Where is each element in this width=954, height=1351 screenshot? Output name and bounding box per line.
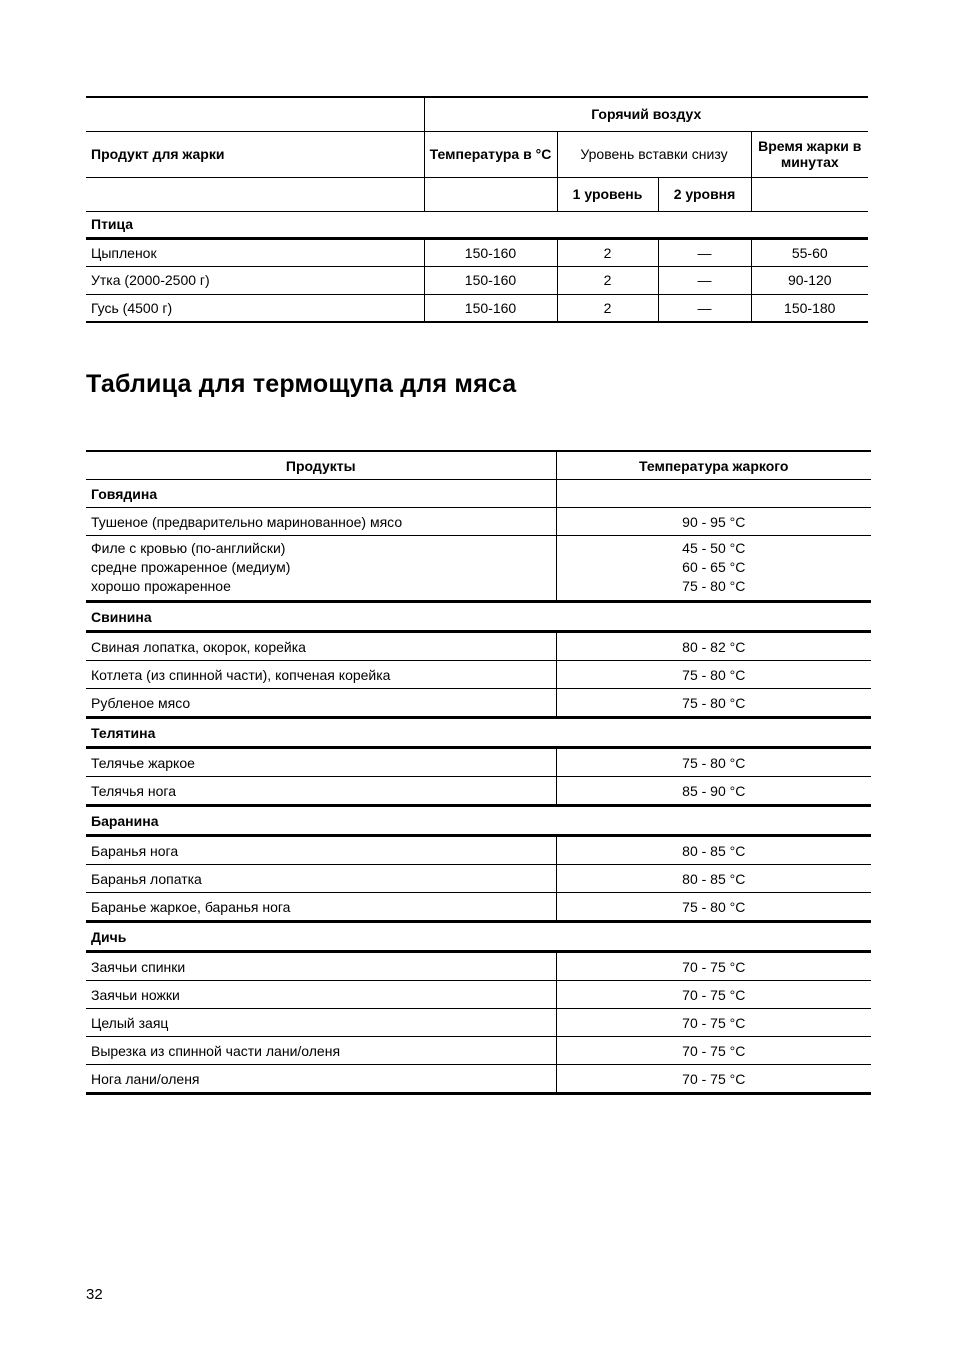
cell-product: Телячья нога [86,777,556,806]
table-row: Цыпленок150-1602—55-60 [86,238,868,266]
cell-product: Заячьи спинки [86,952,556,981]
table-row: Заячьи ножки70 - 75 °C [86,981,871,1009]
cell-product: Баранье жаркое, баранья нога [86,893,556,922]
cell-temp: 70 - 75 °C [556,981,871,1009]
table-row: Вырезка из спинной части лани/оленя70 - … [86,1037,871,1065]
probe-table: Продукты Температура жаркого ГовядинаТуш… [86,450,871,1095]
page-heading: Таблица для термощупа для мяса [86,370,516,399]
table-row: Баранья нога80 - 85 °C [86,836,871,865]
header-hot-air: Горячий воздух [424,97,868,131]
cell-temp: 85 - 90 °C [556,777,871,806]
table-row: Заячьи спинки70 - 75 °C [86,952,871,981]
temp-line: 45 - 50 °C [562,539,867,558]
group-row: Телятина [86,718,871,748]
cell-l1: 2 [557,238,658,266]
cell-temp: 75 - 80 °C [556,748,871,777]
table-row: Телячья нога85 - 90 °C [86,777,871,806]
table-row: Котлета (из спинной части), копченая кор… [86,661,871,689]
cell-product: Филе с кровью (по-английски)средне прожа… [86,536,556,602]
table-row: Утка (2000-2500 г)150-1602—90-120 [86,266,868,294]
cell-product: Баранья нога [86,836,556,865]
cell-temp: 90 - 95 °C [556,508,871,536]
cell-temp: 75 - 80 °C [556,661,871,689]
cell-product: Баранья лопатка [86,865,556,893]
cell-temp: 150-160 [424,266,557,294]
product-line: хорошо прожаренное [91,577,551,596]
table-row: Филе с кровью (по-английски)средне прожа… [86,536,871,602]
cell-temp: 150-160 [424,294,557,322]
cell-temp: 70 - 75 °C [556,1037,871,1065]
cell-time: 90-120 [751,266,868,294]
cell-l1: 2 [557,266,658,294]
cell-temp: 80 - 85 °C [556,865,871,893]
cell-product: Вырезка из спинной части лани/оленя [86,1037,556,1065]
cell-product: Свиная лопатка, окорок, корейка [86,632,556,661]
cell-l2: — [658,294,751,322]
group-row: Баранина [86,806,871,836]
group-name: Дичь [86,922,871,952]
group-row: Говядина [86,480,871,508]
table-row: Свиная лопатка, окорок, корейка80 - 82 °… [86,632,871,661]
cell-time: 150-180 [751,294,868,322]
cell-l2: — [658,238,751,266]
cell-product: Гусь (4500 г) [86,294,424,322]
group-name: Говядина [86,480,556,508]
cell-temp: 80 - 85 °C [556,836,871,865]
group-name: Баранина [86,806,871,836]
roasting-table: Горячий воздух Продукт для жарки Темпера… [86,96,868,323]
group-row: Дичь [86,922,871,952]
header-level2: 2 уровня [658,177,751,211]
cell-product: Телячье жаркое [86,748,556,777]
header-empty [86,97,424,131]
table-row: Рубленое мясо75 - 80 °C [86,689,871,718]
cell-product: Заячьи ножки [86,981,556,1009]
header-empty [86,177,424,211]
header-temperature: Температура в °C [424,131,557,177]
header-level1: 1 уровень [557,177,658,211]
category-row: Птица [86,211,868,238]
cell-product: Рубленое мясо [86,689,556,718]
cell-temp: 75 - 80 °C [556,893,871,922]
cell-time: 55-60 [751,238,868,266]
cell-temp: 70 - 75 °C [556,1009,871,1037]
cell-temp: 45 - 50 °C60 - 65 °C75 - 80 °C [556,536,871,602]
temp-line: 75 - 80 °C [562,577,867,596]
table-row: Нога лани/оленя70 - 75 °C [86,1065,871,1094]
cell-temp: 70 - 75 °C [556,1065,871,1094]
header-empty [751,177,868,211]
cell-product: Нога лани/оленя [86,1065,556,1094]
table-row: Баранья лопатка80 - 85 °C [86,865,871,893]
header-product: Продукт для жарки [86,131,424,177]
group-empty [556,480,871,508]
header-level: Уровень вставки снизу [557,131,751,177]
table-row: Тушеное (предварительно маринованное) мя… [86,508,871,536]
cell-product: Котлета (из спинной части), копченая кор… [86,661,556,689]
table-row: Баранье жаркое, баранья нога75 - 80 °C [86,893,871,922]
group-row: Свинина [86,602,871,632]
temp-line: 60 - 65 °C [562,558,867,577]
cell-product: Цыпленок [86,238,424,266]
header-empty [424,177,557,211]
table-row: Гусь (4500 г)150-1602—150-180 [86,294,868,322]
cell-l2: — [658,266,751,294]
cell-product: Целый заяц [86,1009,556,1037]
cell-temp: 80 - 82 °C [556,632,871,661]
cell-product: Тушеное (предварительно маринованное) мя… [86,508,556,536]
cell-product: Утка (2000-2500 г) [86,266,424,294]
header-products: Продукты [86,451,556,480]
table-row: Телячье жаркое75 - 80 °C [86,748,871,777]
cell-l1: 2 [557,294,658,322]
group-name: Свинина [86,602,871,632]
page-number: 32 [86,1286,103,1303]
header-roast-temp: Температура жаркого [556,451,871,480]
cell-temp: 70 - 75 °C [556,952,871,981]
product-line: Филе с кровью (по-английски) [91,539,551,558]
product-line: средне прожаренное (медиум) [91,558,551,577]
group-name: Телятина [86,718,871,748]
cell-temp: 75 - 80 °C [556,689,871,718]
cell-temp: 150-160 [424,238,557,266]
header-time: Время жарки в минутах [751,131,868,177]
table-row: Целый заяц70 - 75 °C [86,1009,871,1037]
